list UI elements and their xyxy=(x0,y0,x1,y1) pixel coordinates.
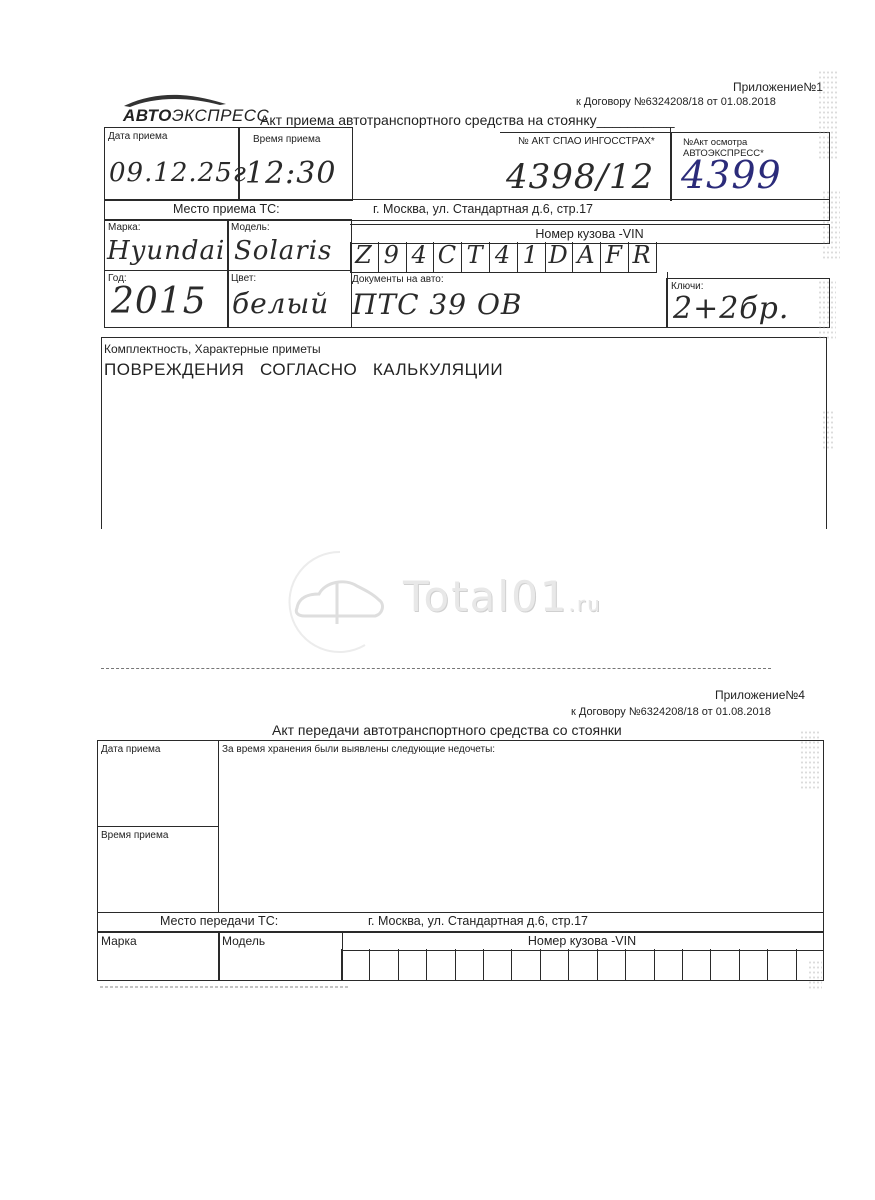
release-vin-grid xyxy=(341,949,824,981)
model-value[interactable]: Solaris xyxy=(234,236,332,266)
ingos-label: № АКТ СПАО ИНГОССТРАХ* xyxy=(518,136,655,147)
model-label: Модель: xyxy=(231,222,270,233)
features-box: Комплектность, Характерные приметы ПОВРЕ… xyxy=(101,337,827,529)
company-logo: АВТОЭКСПРЕСС xyxy=(120,92,230,128)
vin-char: 9 xyxy=(378,241,405,269)
color-value[interactable]: белый xyxy=(232,287,329,320)
watermark-suffix: .ru xyxy=(569,592,602,616)
features-label: Комплектность, Характерные приметы xyxy=(104,342,321,356)
vin-cell[interactable] xyxy=(739,949,740,980)
vin-cell[interactable] xyxy=(483,949,484,980)
docs-cell: Документы на авто: ПТС 39 ОВ xyxy=(350,272,668,328)
release-time-label: Время приема xyxy=(101,830,168,841)
vin-char: T xyxy=(461,241,488,269)
keys-cell: Ключи: 2+2бр. xyxy=(666,278,830,328)
autoexpress-cell: №Акт осмотра АВТОЭКСПРЕСС* 4399 xyxy=(670,132,830,201)
defects-field[interactable] xyxy=(222,758,820,908)
place-row: Место приема ТС: г. Москва, ул. Стандарт… xyxy=(104,199,830,221)
time-value[interactable]: 12:30 xyxy=(245,156,336,191)
release-act-title: Акт передачи автотранспортного средства … xyxy=(272,722,622,738)
logo-rest: ЭКСПРЕСС xyxy=(172,106,269,125)
make-cell: Марка: Hyundai xyxy=(104,219,229,271)
year-cell: Год: 2015 xyxy=(104,270,229,328)
docs-label: Документы на авто: xyxy=(352,274,444,285)
watermark: Total01.ru xyxy=(285,548,625,658)
vin-char: F xyxy=(600,241,627,269)
date-label: Дата приема xyxy=(108,131,167,142)
vin-char: R xyxy=(628,241,655,269)
watermark-brand: Total01 xyxy=(403,572,569,621)
date-cell: Дата приема 09.12.25г xyxy=(104,127,240,201)
vin-cell[interactable] xyxy=(767,949,768,980)
vin-cell[interactable] xyxy=(568,949,569,980)
vin-cell[interactable] xyxy=(625,949,626,980)
release-date-field[interactable] xyxy=(100,758,215,822)
docs-value[interactable]: ПТС 39 ОВ xyxy=(352,288,522,321)
vin-cell[interactable] xyxy=(369,949,370,980)
vin-label: Номер кузова -VIN xyxy=(350,227,829,241)
ingos-value[interactable]: 4398/12 xyxy=(506,157,654,197)
vin-char: C xyxy=(433,241,460,269)
vin-cell[interactable] xyxy=(426,949,427,980)
keys-value[interactable]: 2+2бр. xyxy=(673,291,789,326)
release-vin-header: Номер кузова -VIN xyxy=(341,931,824,951)
model-cell: Модель: Solaris xyxy=(227,219,352,271)
year-value[interactable]: 2015 xyxy=(111,281,207,322)
release-make-label: Марка xyxy=(101,934,137,948)
vin-cell[interactable] xyxy=(597,949,598,980)
release-vin-label: Номер кузова -VIN xyxy=(341,934,823,948)
vin-char: A xyxy=(572,241,599,269)
ingos-cell: № АКТ СПАО ИНГОССТРАХ* 4398/12 xyxy=(500,132,672,201)
date-value[interactable]: 09.12.25г xyxy=(109,158,247,188)
place-value: г. Москва, ул. Стандартная д.6, стр.17 xyxy=(373,202,593,216)
contract-reference: к Договору №6324208/18 от 01.08.2018 xyxy=(576,96,776,108)
contract-reference-4: к Договору №6324208/18 от 01.08.2018 xyxy=(571,706,771,718)
release-place-row: Место передачи ТС: г. Москва, ул. Станда… xyxy=(97,911,824,933)
make-value[interactable]: Hyundai xyxy=(107,236,225,266)
vin-cell[interactable] xyxy=(654,949,655,980)
release-time-field[interactable] xyxy=(100,844,215,908)
vin-cell[interactable] xyxy=(796,949,797,980)
vin-char: 4 xyxy=(406,241,433,269)
release-make-cell[interactable]: Марка xyxy=(97,931,220,981)
vin-cell[interactable] xyxy=(341,949,342,980)
receipt-act-title: Акт приема автотранспортного средства на… xyxy=(260,112,675,128)
color-label: Цвет: xyxy=(231,273,256,284)
vin-cell[interactable] xyxy=(398,949,399,980)
vin-char: 1 xyxy=(517,241,544,269)
watermark-text: Total01.ru xyxy=(403,572,602,621)
car-logo-icon xyxy=(285,548,395,658)
vin-cell[interactable] xyxy=(710,949,711,980)
vin-cell[interactable] xyxy=(540,949,541,980)
vin-grid: Z94CT41DAFR xyxy=(350,242,657,273)
cut-line xyxy=(101,668,771,669)
vin-cell[interactable] xyxy=(682,949,683,980)
vin-char: Z xyxy=(350,241,377,269)
vin-cell[interactable] xyxy=(511,949,512,980)
time-label: Время приема xyxy=(253,134,320,145)
time-cell: Время приема 12:30 xyxy=(238,127,353,201)
footnote xyxy=(100,986,350,988)
vin-char: 4 xyxy=(489,241,516,269)
appendix-number: Приложение№1 xyxy=(733,80,823,94)
appendix-number-4: Приложение№4 xyxy=(715,688,805,702)
release-model-label: Модель xyxy=(222,934,265,948)
vin-cell[interactable] xyxy=(455,949,456,980)
release-date-label: Дата приема xyxy=(101,744,160,755)
vin-char: D xyxy=(545,241,572,269)
release-place-label: Место передачи ТС: xyxy=(160,914,278,928)
features-value[interactable]: ПОВРЕЖДЕНИЯ СОГЛАСНО КАЛЬКУЛЯЦИИ xyxy=(104,360,503,380)
defects-label: За время хранения были выявлены следующи… xyxy=(222,744,495,755)
autoexpress-value[interactable]: 4399 xyxy=(681,153,782,197)
make-label: Марка: xyxy=(108,222,141,233)
color-cell: Цвет: белый xyxy=(227,270,352,328)
release-place-value: г. Москва, ул. Стандартная д.6, стр.17 xyxy=(368,914,588,928)
logo-bold: АВТО xyxy=(123,106,172,125)
place-label: Место приема ТС: xyxy=(173,202,280,216)
release-model-cell[interactable]: Модель xyxy=(218,931,343,981)
